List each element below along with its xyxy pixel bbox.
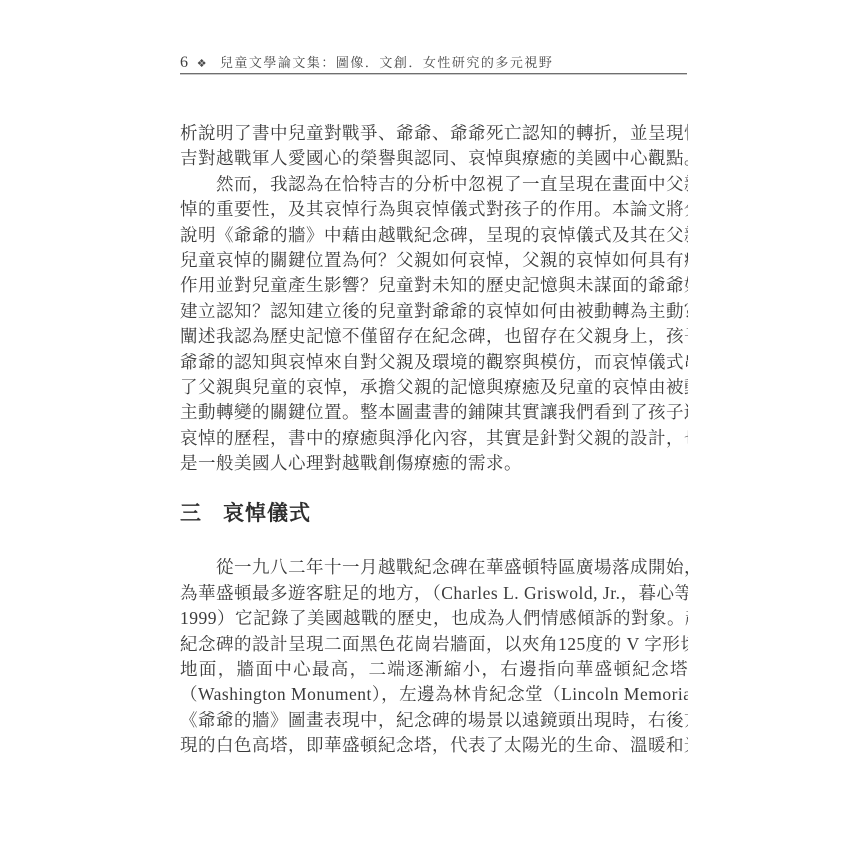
header-rule [180, 73, 687, 75]
page-number: 6 [180, 54, 188, 71]
text-line: 爺爺的認知與哀悼來自對父親及環境的觀察與模仿，而哀悼儀式串連 [180, 350, 688, 375]
text-line: 兒童哀悼的關鍵位置為何？父親如何哀悼，父親的哀悼如何具有療癒 [180, 248, 688, 273]
text-line: 悼的重要性，及其哀悼行為與哀悼儀式對孩子的作用。本論文將分別 [180, 197, 688, 222]
text-line: 了父親與兒童的哀悼，承擔父親的記憶與療癒及兒童的哀悼由被動到 [180, 375, 688, 400]
text-line: 現的白色高塔，即華盛頓紀念塔，代表了太陽光的生命、溫暖和光亮 [180, 733, 688, 758]
text-line: 主動轉變的關鍵位置。整本圖畫書的鋪陳其實讓我們看到了孩子進入 [180, 400, 688, 425]
text-line: 然而，我認為在恰特吉的分析中忽視了一直呈現在畫面中父親哀 [180, 172, 688, 197]
text-line: （Washington Monument），左邊為林肯紀念堂（Lincoln M… [180, 682, 688, 707]
ornament-diamond-icon: ❖ [197, 58, 208, 70]
text-line: 哀悼的歷程，書中的療癒與淨化內容，其實是針對父親的設計，也就 [180, 426, 688, 451]
text-line: 作用並對兒童產生影響？兒童對未知的歷史記憶與未謀面的爺爺如何 [180, 273, 688, 298]
text-line: 是一般美國人心理對越戰創傷療癒的需求。 [180, 451, 688, 476]
paragraph: 從一九八二年十一月越戰紀念碑在華盛頓特區廣場落成開始，成為華盛頓最多遊客駐足的地… [180, 555, 688, 758]
text-line: 地面，牆面中心最高，二端逐漸縮小，右邊指向華盛頓紀念塔 [180, 657, 688, 682]
text-line: 為華盛頓最多遊客駐足的地方，（Charles L. Griswold, Jr.，… [180, 581, 688, 606]
text-line: 吉對越戰軍人愛國心的榮譽與認同、哀悼與療癒的美國中心觀點。 [180, 146, 688, 171]
text-line: 1999）它記錄了美國越戰的歷史，也成為人們情感傾訴的對象。越戰 [180, 606, 688, 631]
page-body: 析說明了書中兒童對戰爭、爺爺、爺爺死亡認知的轉折，並呈現恰特吉對越戰軍人愛國心的… [180, 121, 688, 759]
book-page: 6 ❖ 兒童文學論文集：圖像．文創．女性研究的多元視野 析說明了書中兒童對戰爭、… [0, 0, 850, 850]
text-line: 紀念碑的設計呈現二面黑色花崗岩牆面，以夾角125度的 V 字形切入 [180, 632, 688, 657]
text-line: 從一九八二年十一月越戰紀念碑在華盛頓特區廣場落成開始，成 [180, 555, 688, 580]
section-title: 哀悼儀式 [223, 501, 311, 525]
text-line: 說明《爺爺的牆》中藉由越戰紀念碑，呈現的哀悼儀式及其在父親與 [180, 223, 688, 248]
text-line: 析說明了書中兒童對戰爭、爺爺、爺爺死亡認知的轉折，並呈現恰特 [180, 121, 688, 146]
text-line: 《爺爺的牆》圖畫表現中，紀念碑的場景以遠鏡頭出現時，右後方出 [180, 708, 688, 733]
text-line: 建立認知？認知建立後的兒童對爺爺的哀悼如何由被動轉為主動？來 [180, 299, 688, 324]
running-title: 兒童文學論文集：圖像．文創．女性研究的多元視野 [220, 55, 554, 70]
running-header: 6 ❖ 兒童文學論文集：圖像．文創．女性研究的多元視野 [180, 52, 688, 72]
text-line: 闡述我認為歷史記憶不僅留存在紀念碑，也留存在父親身上，孩子對 [180, 324, 688, 349]
section-number: 三 [180, 501, 202, 525]
paragraph: 析說明了書中兒童對戰爭、爺爺、爺爺死亡認知的轉折，並呈現恰特吉對越戰軍人愛國心的… [180, 121, 688, 172]
paragraph: 然而，我認為在恰特吉的分析中忽視了一直呈現在畫面中父親哀悼的重要性，及其哀悼行為… [180, 172, 688, 477]
section-heading: 三哀悼儀式 [180, 499, 688, 527]
